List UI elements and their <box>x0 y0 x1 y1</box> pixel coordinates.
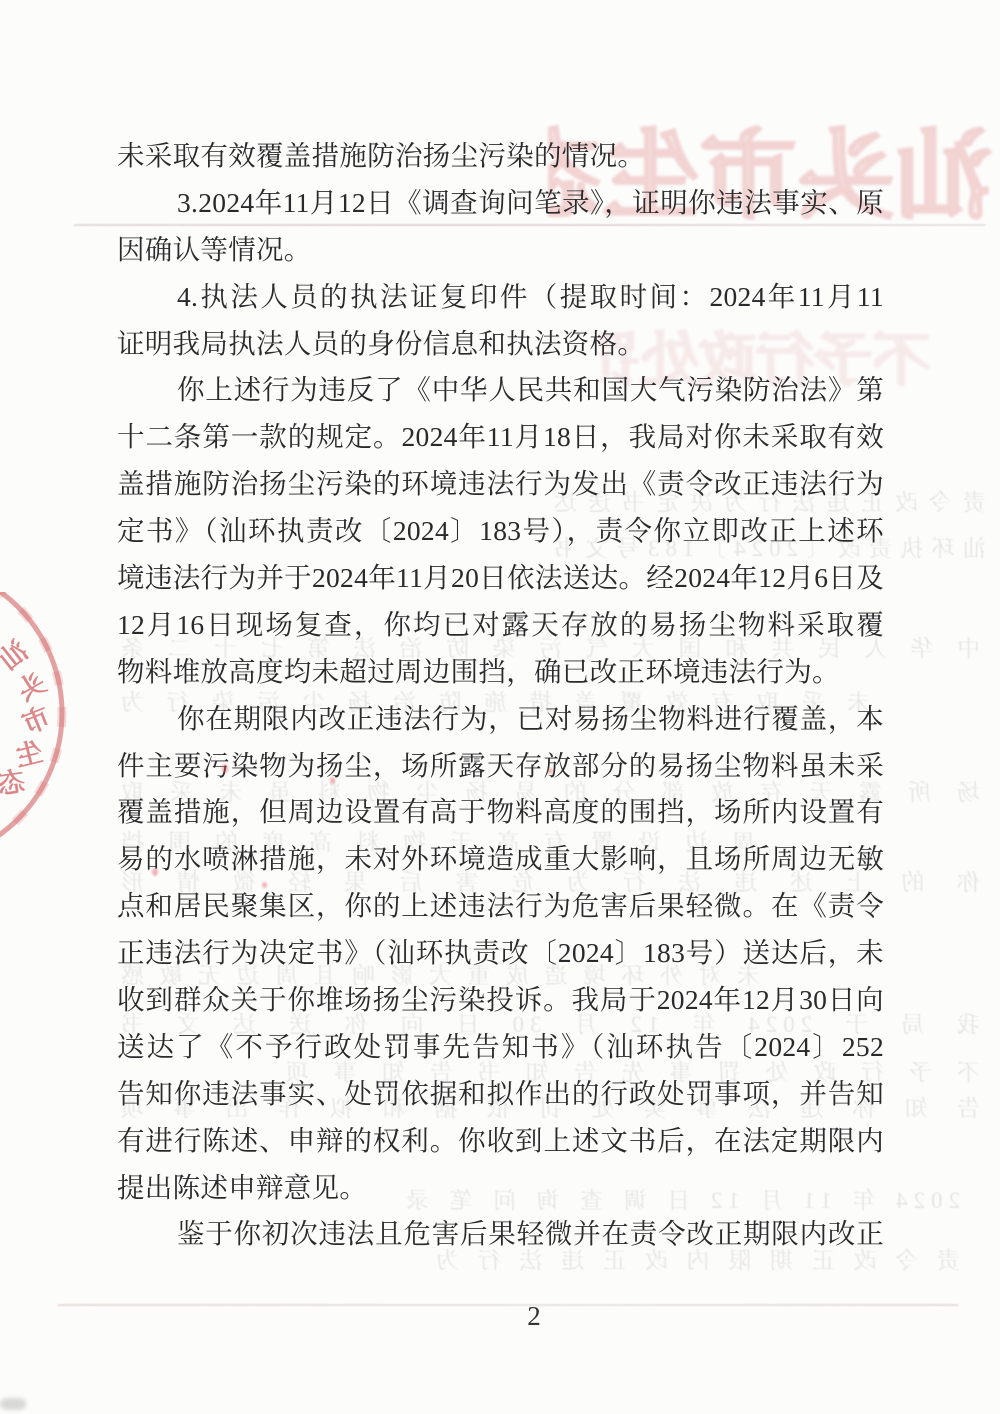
text-line: 提出陈述申辩意见。 <box>117 1165 884 1212</box>
scanned-document-page: 汕头市生态环境局 不予行政处罚 汕 头 市 生 态 未采取有效覆盖措施防治扬尘污… <box>0 0 1000 1414</box>
text-line: 未采取有效覆盖措施防治扬尘污染的情况。 <box>117 133 884 180</box>
text-line: 送达了《不予行政处罚事先告知书》（汕环执告〔2024〕252号）， <box>117 1024 884 1071</box>
red-speck <box>222 764 228 773</box>
text-line: 件主要污染物为扬尘，场所露天存放部分的易扬尘物料虽未采取 <box>117 743 884 790</box>
text-line: 覆盖措施，但周边设置有高于物料高度的围挡，场所内设置有简 <box>117 789 884 836</box>
text-line: 3.2024年11月12日《调查询问笔录》，证明你违法事实、原 <box>117 180 884 227</box>
document-body: 未采取有效覆盖措施防治扬尘污染的情况。 3.2024年11月12日《调查询问笔录… <box>117 133 884 1258</box>
text-line: 易的水喷淋措施，未对外环境造成重大影响，且场所周边无敏感 <box>117 836 884 883</box>
seal-char: 汕 <box>0 635 34 675</box>
text-line: 你上述行为违反了《中华人民共和国大气污染防治法》第七 <box>117 367 884 414</box>
seal-char: 生 <box>12 737 45 773</box>
red-speck <box>548 768 553 774</box>
text-line: 有进行陈述、申辩的权利。你收到上述文书后，在法定期限内未 <box>117 1118 884 1165</box>
text-line: 4.执法人员的执法证复印件（提取时间：2024年11月11日）， <box>117 274 884 321</box>
text-line: 定书》（汕环执责改〔2024〕183号），责令你立即改正上述环 <box>117 508 884 555</box>
page-number: 2 <box>34 1301 1000 1332</box>
red-speck <box>330 777 335 784</box>
red-speck <box>262 882 267 888</box>
text-line: 点和居民聚集区，你的上述违法行为危害后果轻微。在《责令改 <box>117 883 884 930</box>
text-line: 12月16日现场复查，你均已对露天存放的易扬尘物料采取覆盖， <box>117 602 884 649</box>
text-line: 证明我局执法人员的身份信息和执法资格。 <box>117 321 884 368</box>
red-speck <box>152 868 158 876</box>
text-line: 物料堆放高度均未超过周边围挡，确已改正环境违法行为。 <box>117 649 884 696</box>
text-line: 盖措施防治扬尘污染的环境违法行为发出《责令改正违法行为决 <box>117 461 884 508</box>
scan-smudge <box>0 1398 26 1410</box>
text-line: 正违法行为决定书》（汕环执责改〔2024〕183号）送达后，未 <box>117 930 884 977</box>
text-line: 告知你违法事实、处罚依据和拟作出的行政处罚事项，并告知你 <box>117 1071 884 1118</box>
text-line: 你在期限内改正违法行为，已对易扬尘物料进行覆盖，本案 <box>117 696 884 743</box>
text-line: 境违法行为并于2024年11月20日依法送达。经2024年12月6日及 <box>117 555 884 602</box>
text-line: 因确认等情况。 <box>117 227 884 274</box>
text-line: 鉴于你初次违法且危害后果轻微并在责令改正期限内改正 <box>117 1211 884 1258</box>
text-line: 十二条第一款的规定。2024年11月18日，我局对你未采取有效覆 <box>117 414 884 461</box>
text-line: 收到群众关于你堆场扬尘污染投诉。我局于2024年12月30日向你 <box>117 977 884 1024</box>
seal-char: 市 <box>18 702 54 740</box>
seal-char: 态 <box>0 766 27 800</box>
seal-char: 头 <box>12 667 51 707</box>
